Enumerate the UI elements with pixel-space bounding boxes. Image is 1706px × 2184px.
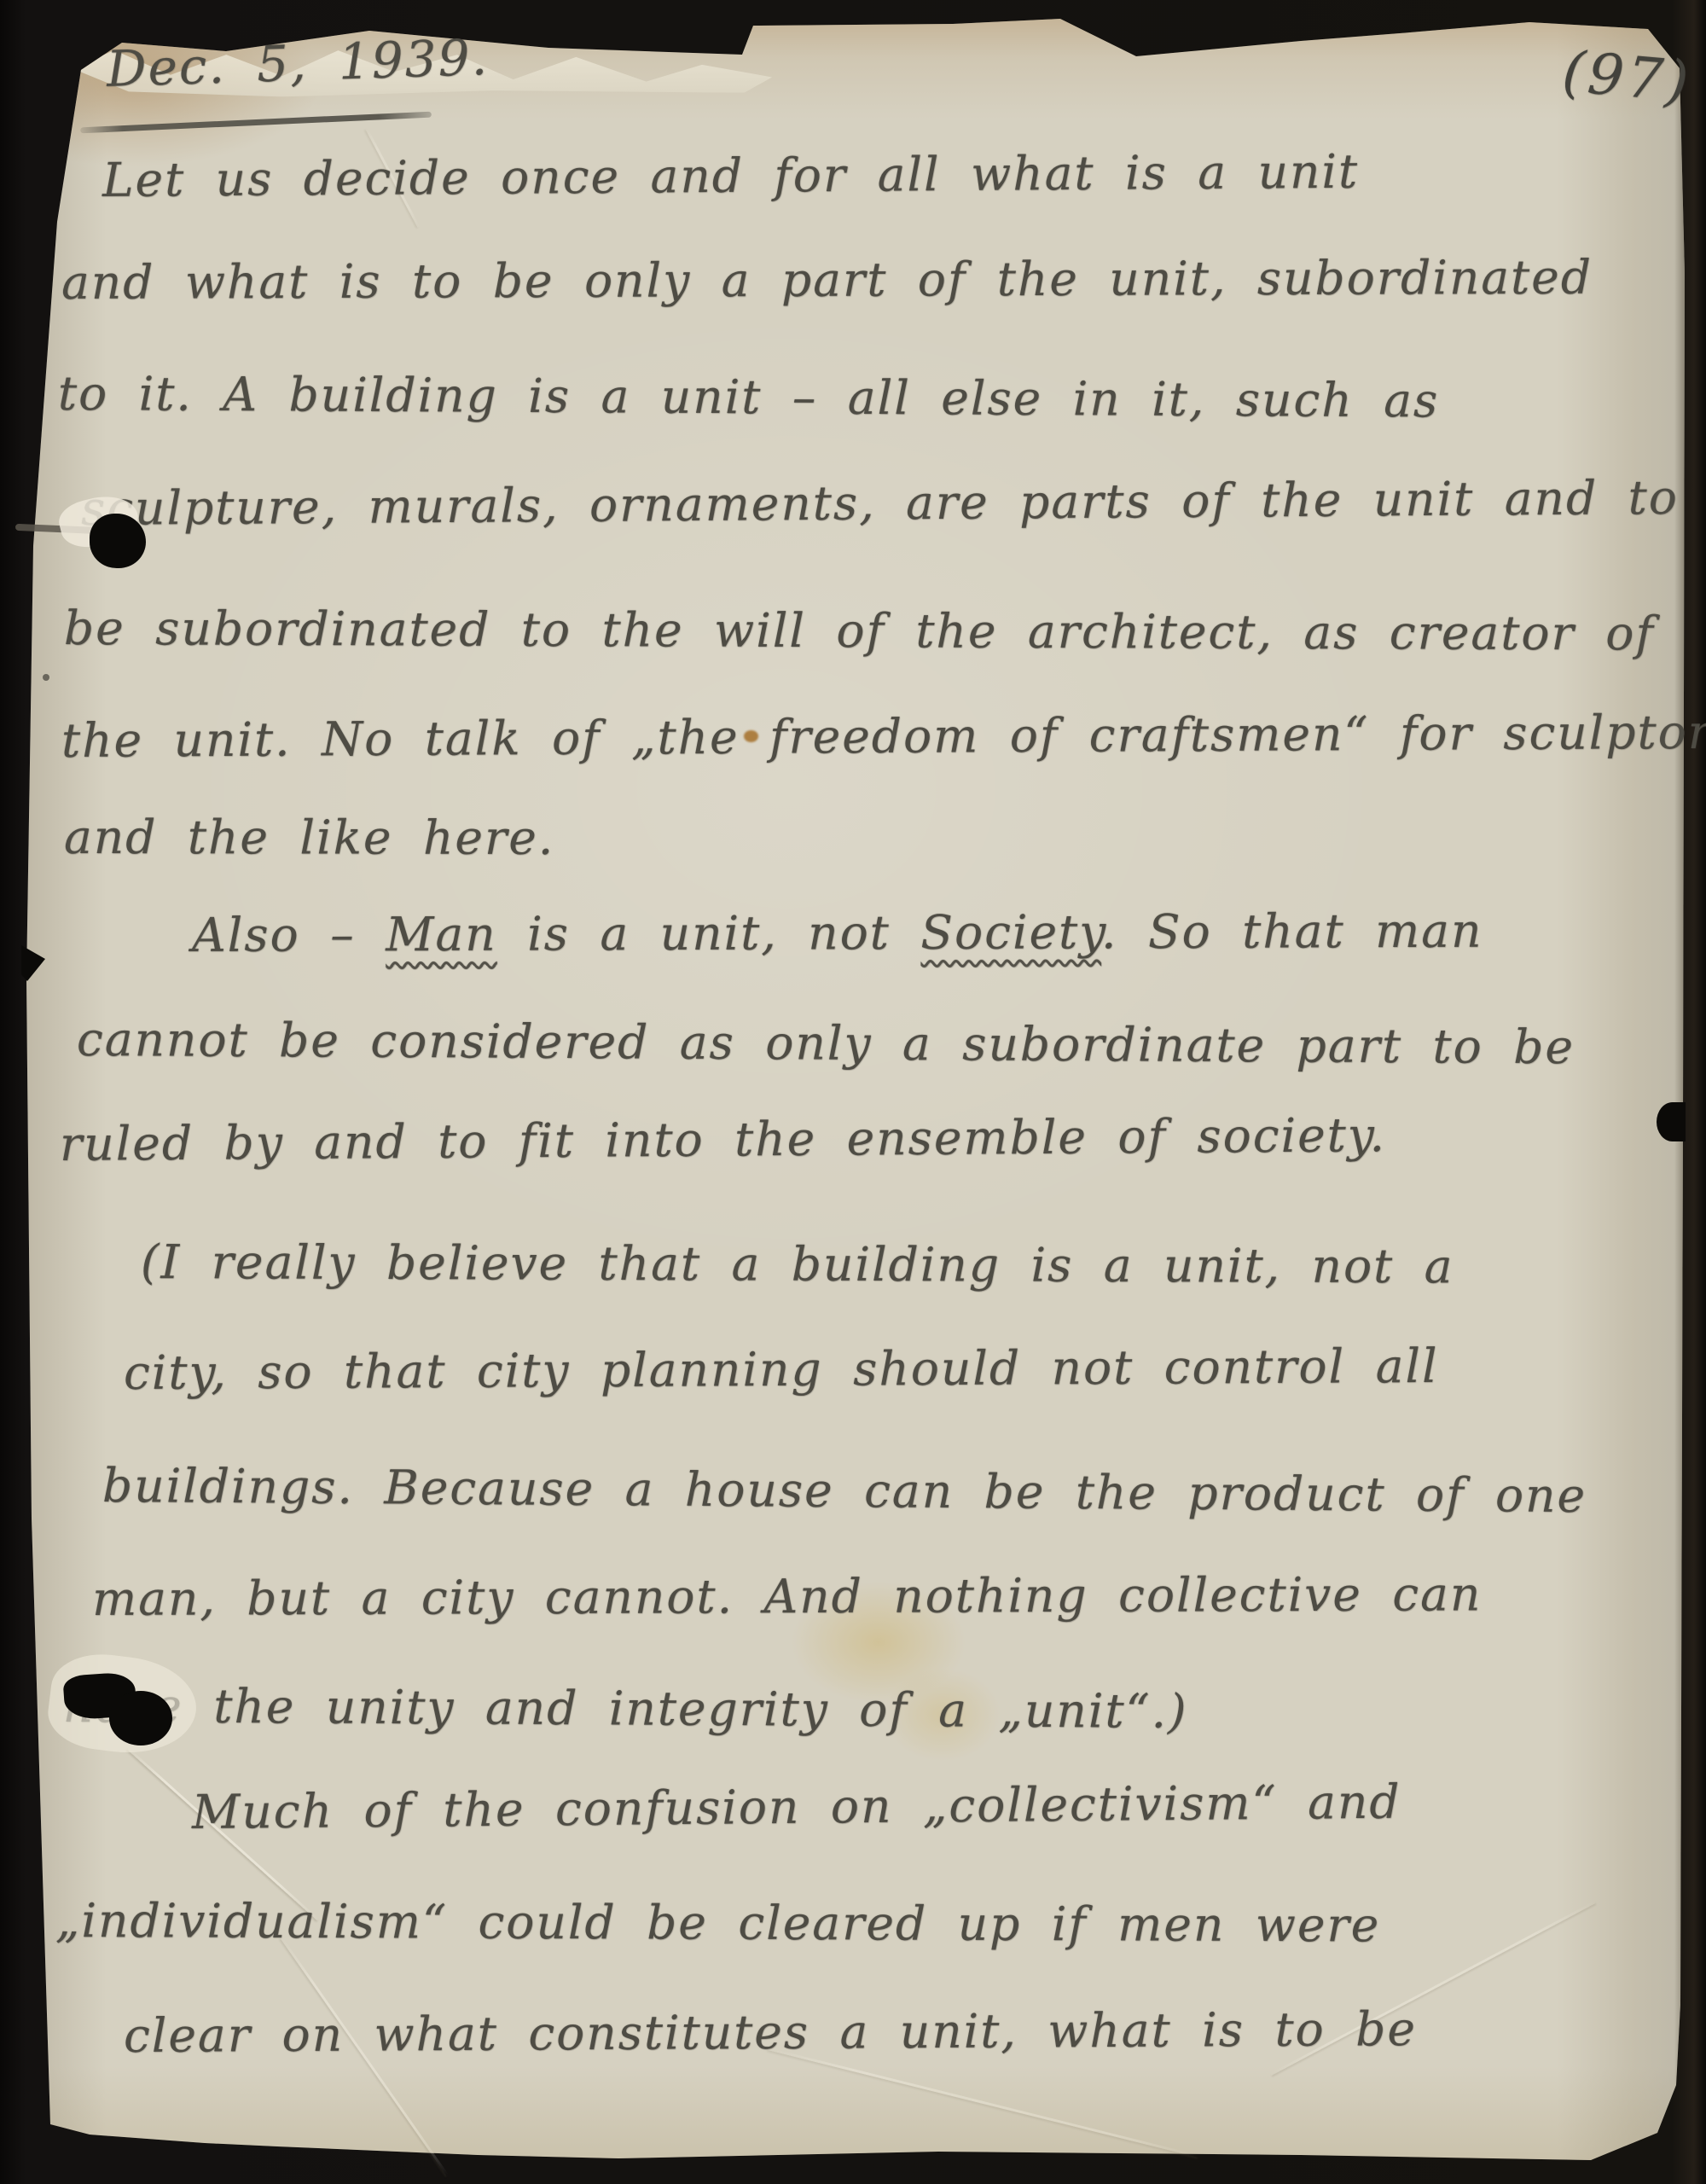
- entry-date: Dec. 5, 1939.: [106, 29, 490, 98]
- manuscript-line: buildings. Because a house can be the pr…: [102, 1459, 1587, 1523]
- manuscript-line: Much of the confusion on „collectivism“ …: [192, 1775, 1401, 1840]
- punch-hole-bottom: [109, 1691, 172, 1745]
- underlined-word-society: Society: [920, 904, 1101, 960]
- manuscript-line: ruled by and to fit into the ensemble of…: [60, 1108, 1386, 1171]
- underlined-word-man: Man: [386, 907, 497, 961]
- manuscript-line: to it. A building is a unit – all else i…: [58, 367, 1440, 428]
- manuscript-line: sculpture, murals, ornaments, are parts …: [81, 471, 1679, 536]
- manuscript-line: clear on what constitutes a unit, what i…: [124, 2002, 1417, 2063]
- manuscript-line: and what is to be only a part of the uni…: [61, 251, 1593, 311]
- line-segment: . So that man: [1101, 903, 1483, 960]
- manuscript-line: (I really believe that a building is a u…: [141, 1235, 1454, 1294]
- manuscript-line: have the unity and integrity of a „unit“…: [64, 1679, 1188, 1739]
- line-segment: Also –: [192, 907, 386, 962]
- page-number: (97): [1560, 39, 1695, 115]
- line-segment: is a unit, not: [497, 905, 921, 961]
- right-edge-tear: [1657, 1102, 1686, 1141]
- manuscript-line: the unit. No talk of „the freedom of cra…: [61, 706, 1706, 769]
- manuscript-line: and the like here.: [64, 810, 554, 865]
- manuscript-line: city, so that city planning should not c…: [124, 1339, 1439, 1400]
- scanned-manuscript-page: Dec. 5, 1939. (97) Let us decide once an…: [0, 0, 1706, 2184]
- pencil-dot: [43, 674, 49, 681]
- punch-hole-top: [90, 514, 146, 568]
- manuscript-line: Also – Man is a unit, not Society. So th…: [192, 904, 1483, 963]
- manuscript-line: be subordinated to the will of the archi…: [64, 601, 1655, 661]
- manuscript-line: „individualism“ could be cleared up if m…: [55, 1894, 1381, 1953]
- manuscript-line: Let us decide once and for all what is a…: [102, 145, 1360, 208]
- manuscript-line: man, but a city cannot. And nothing coll…: [92, 1567, 1483, 1626]
- manuscript-line: cannot be considered as only a subordina…: [77, 1013, 1575, 1074]
